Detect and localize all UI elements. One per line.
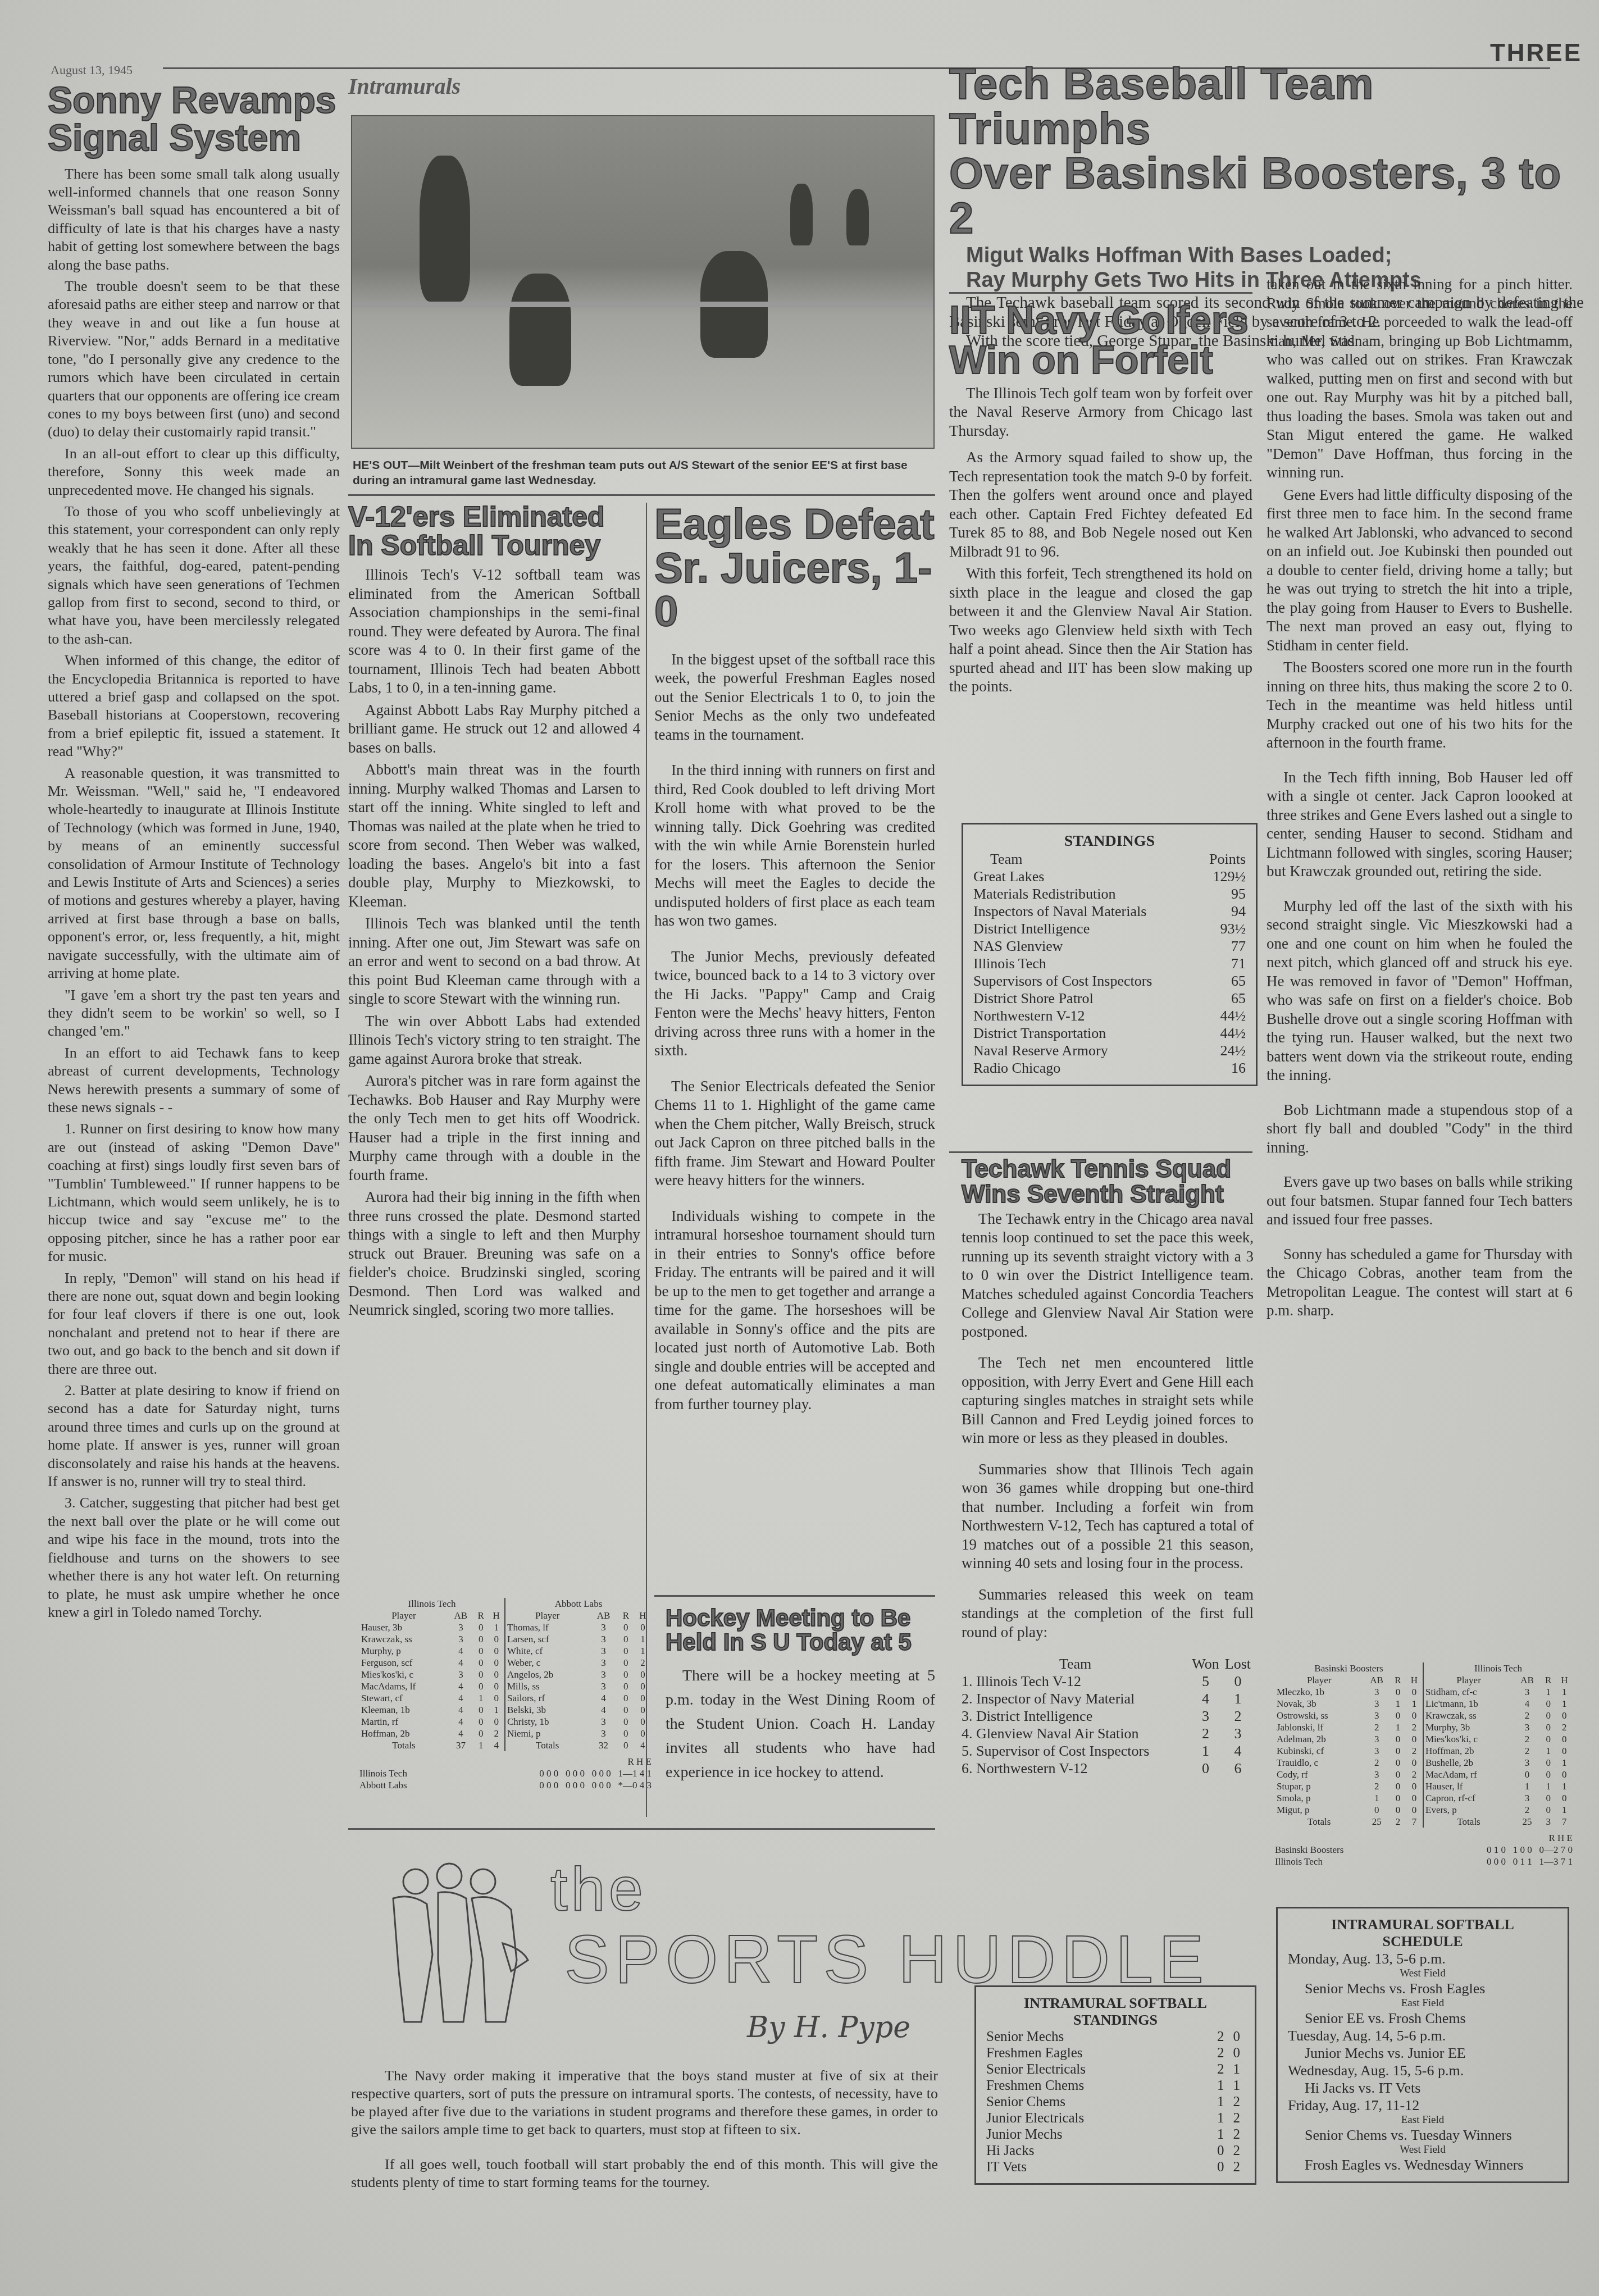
- paragraph: Evers gave up two bases on balls while s…: [1267, 1173, 1573, 1229]
- table-row: Senior Chems12: [986, 2094, 1245, 2110]
- paragraph: Bob Lichtmann made a stupendous stop of …: [1267, 1101, 1573, 1158]
- table-row: Niemi, p300: [505, 1728, 652, 1739]
- table-row: Inspectors of Naval Materials94: [973, 903, 1246, 920]
- basinski-batting: Basinski Boosters PlayerABRH Mleczko, 1b…: [1275, 1662, 1424, 1828]
- newspaper-page: August 13, 1945 THREE Sonny Revamps Sign…: [0, 0, 1599, 2296]
- table-row: 4. Glenview Naval Air Station23: [962, 1725, 1254, 1742]
- paragraph: Sonny has scheduled a game for Thursday …: [1267, 1245, 1573, 1320]
- table-row: Krawczak, ss300: [359, 1633, 505, 1645]
- schedule-list: Monday, Aug. 13, 5-6 p.m. West Field Sen…: [1288, 1950, 1557, 2174]
- paragraph: Against Abbott Labs Ray Murphy pitched a…: [348, 701, 640, 758]
- paragraph: Summaries show that Illinois Tech again …: [962, 1460, 1254, 1573]
- tennis-article: Techawk Tennis Squad Wins Seventh Straig…: [962, 1157, 1254, 1777]
- headline: Win on Forfeit: [949, 340, 1252, 380]
- totals-row: Totals3204: [505, 1739, 652, 1751]
- schedule-game: Hi Jacks vs. IT Vets: [1288, 2079, 1557, 2097]
- table-row: Supervisors of Cost Inspectors65: [973, 972, 1246, 990]
- paragraph: Gene Evers had little difficulty disposi…: [1267, 486, 1573, 655]
- paragraph: The Junior Mechs, previously defeated tw…: [654, 947, 935, 1060]
- totals-row: Totals3714: [359, 1739, 505, 1751]
- article-body: The Techawk entry in the Chicago area na…: [962, 1210, 1254, 1642]
- headline: IIT Navy Golfers: [949, 300, 1252, 340]
- table-row: Stidham, cf-c311: [1424, 1686, 1573, 1698]
- photo-caption: HE'S OUT—Milt Weinbert of the freshman t…: [353, 458, 931, 488]
- huddle-title-small: the: [550, 1853, 646, 1925]
- table-row: Junior Electricals12: [986, 2110, 1245, 2126]
- table-row: Mies'kos'ki, c200: [1424, 1733, 1573, 1745]
- table-row: 3. District Intelligence32: [962, 1707, 1254, 1725]
- softball-standings-table: Senior Mechs20 Freshmen Eagles20 Senior …: [986, 2029, 1245, 2175]
- table-row: Cody, rf302: [1275, 1769, 1423, 1780]
- table-row: Mies'kos'ki, c300: [359, 1669, 505, 1680]
- table-row: Jablonski, lf212: [1275, 1721, 1423, 1733]
- table-row: Mleczko, 1b300: [1275, 1686, 1423, 1698]
- headline: Held In S U Today at 5: [666, 1630, 935, 1655]
- table-row: 5. Supervisor of Cost Inspectors14: [962, 1742, 1254, 1760]
- table-row: Thomas, lf300: [505, 1621, 652, 1633]
- table-row: Senior Electricals21: [986, 2061, 1245, 2078]
- schedule-day: Wednesday, Aug. 15, 5-6 p.m.: [1288, 2062, 1557, 2079]
- illinois-tech-batting: Illinois Tech PlayerABRH Stidham, cf-c31…: [1424, 1662, 1573, 1828]
- eagles-article: Eagles Defeat Sr. Juicers, 1-0 In the bi…: [654, 503, 935, 1414]
- football-players-icon: [359, 1859, 545, 2028]
- table-row: MacAdam, rf000: [1424, 1769, 1573, 1780]
- headline: Over Basinski Boosters, 3 to 2: [949, 151, 1584, 240]
- box-title: INTRAMURAL SOFTBALL: [986, 1995, 1245, 2012]
- table-row: District Shore Patrol65: [973, 990, 1246, 1007]
- schedule-day: Monday, Aug. 13, 5-6 p.m.: [1288, 1950, 1557, 1967]
- schedule-game: Senior Chems vs. Tuesday Winners: [1288, 2126, 1557, 2144]
- table-row: Lic'tmann, 1b401: [1424, 1698, 1573, 1710]
- golf-standings-table: TeamPoints Great Lakes129½ Materials Red…: [973, 850, 1246, 1077]
- standings-title: STANDINGS: [973, 832, 1246, 850]
- paragraph: In the biggest upset of the softball rac…: [654, 650, 935, 745]
- tennis-standings-table: TeamWonLost 1. Illinois Tech V-1250 2. I…: [962, 1655, 1254, 1777]
- paragraph: In reply, "Demon" will stand on his head…: [48, 1269, 340, 1378]
- headline: Eagles Defeat: [654, 503, 935, 546]
- divider: [654, 1595, 935, 1597]
- paragraph: 1. Runner on first desiring to know how …: [48, 1120, 340, 1265]
- paragraph: There will be a hockey meeting at 5 p.m.…: [666, 1664, 935, 1784]
- table-row: IT Vets02: [986, 2159, 1245, 2175]
- paragraph: Aurora's pitcher was in rare form agains…: [348, 1072, 640, 1185]
- schedule-game: Frosh Eagles vs. Wednesday Winners: [1288, 2156, 1557, 2174]
- table-row: White, cf301: [505, 1645, 652, 1657]
- dateline: August 13, 1945: [51, 63, 133, 78]
- table-row: Martin, rf400: [359, 1716, 505, 1728]
- table-row: 6. Northwestern V-1206: [962, 1760, 1254, 1777]
- paragraph: 2. Batter at plate desiring to know if f…: [48, 1382, 340, 1491]
- table-row: Northwestern V-1244½: [973, 1007, 1246, 1024]
- table-row: Mills, ss300: [505, 1680, 652, 1692]
- table-row: Novak, 3b311: [1275, 1698, 1423, 1710]
- table-row: Migut, p000: [1275, 1804, 1423, 1816]
- paragraph: In the Tech fifth inning, Bob Hauser led…: [1267, 768, 1573, 881]
- article-body: There will be a hockey meeting at 5 p.m.…: [666, 1664, 935, 1784]
- basinski-box-score: Basinski Boosters PlayerABRH Mleczko, 1b…: [1275, 1662, 1573, 1867]
- paragraph: Murphy led off the last of the sixth wit…: [1267, 897, 1573, 1085]
- paragraph: Abbott's main threat was in the fourth i…: [348, 760, 640, 911]
- table-row: 1. Illinois Tech V-1250: [962, 1673, 1254, 1690]
- table-row: Evers, p201: [1424, 1804, 1573, 1816]
- paragraph: Summaries released this week on team sta…: [962, 1586, 1254, 1642]
- table-row: 2. Inspector of Navy Material41: [962, 1690, 1254, 1707]
- table-row: Stupar, p200: [1275, 1780, 1423, 1792]
- table-row: Hi Jacks02: [986, 2143, 1245, 2159]
- paragraph: The Senior Electricals defeated the Seni…: [654, 1077, 935, 1190]
- paragraph: Individuals wishing to compete in the in…: [654, 1207, 935, 1414]
- line-score: R H E Illinois Tech0 0 0 0 0 0 0 0 0 1—1…: [359, 1756, 652, 1791]
- divider: [348, 1828, 935, 1830]
- table-row: Kubinski, cf302: [1275, 1745, 1423, 1757]
- article-body: In the biggest upset of the softball rac…: [654, 650, 935, 1414]
- divider: [949, 1151, 1252, 1153]
- hockey-article: Hockey Meeting to Be Held In S U Today a…: [666, 1606, 935, 1784]
- headline: Sonny Revamps: [48, 81, 340, 119]
- headline: Sr. Juicers, 1-0: [654, 546, 935, 634]
- paragraph: 3. Catcher, suggesting that pitcher had …: [48, 1494, 340, 1621]
- table-row: MacAdams, lf400: [359, 1680, 505, 1692]
- table-row: Freshmen Chems11: [986, 2078, 1245, 2094]
- table-row: Junior Mechs12: [986, 2126, 1245, 2143]
- golf-article: IIT Navy Golfers Win on Forfeit The Illi…: [949, 300, 1252, 696]
- headline: Tech Baseball Team Triumphs: [949, 62, 1584, 151]
- table-row: Christy, 1b300: [505, 1716, 652, 1728]
- table-row: Capron, rf-cf300: [1424, 1792, 1573, 1804]
- table-row: Naval Reserve Armory24½: [973, 1042, 1246, 1059]
- table-row: Murphy, p400: [359, 1645, 505, 1657]
- line-score: R H E Basinski Boosters0 1 0 1 0 0 0—2 7…: [1275, 1832, 1573, 1867]
- table-row: Ferguson, scf400: [359, 1657, 505, 1669]
- table-row: Belski, 3b400: [505, 1704, 652, 1716]
- headline: Wins Seventh Straight: [962, 1182, 1254, 1208]
- table-row: Hauser, 3b301: [359, 1621, 505, 1633]
- article-body: There has been some small talk along usu…: [48, 165, 340, 1622]
- softball-standings-box: INTRAMURAL SOFTBALL STANDINGS Senior Mec…: [974, 1985, 1256, 2185]
- paragraph: The Navy order making it imperative that…: [351, 2067, 938, 2139]
- sonny-article: Sonny Revamps Signal System There has be…: [48, 81, 340, 1621]
- baseball-article: taken out in the sixth inning for a pinc…: [1267, 275, 1573, 1320]
- schedule-game: Senior Mechs vs. Frosh Eagles: [1288, 1980, 1557, 1997]
- byline: By H. Pype: [747, 2011, 910, 2044]
- table-row: District Intelligence93½: [973, 920, 1246, 937]
- softball-schedule-box: INTRAMURAL SOFTBALL SCHEDULE Monday, Aug…: [1276, 1907, 1569, 2183]
- table-row: Trauidlo, c200: [1275, 1757, 1423, 1769]
- table-row: Hauser, lf111: [1424, 1780, 1573, 1792]
- table-row: Stewart, cf410: [359, 1692, 505, 1704]
- table-row: Krawczak, ss200: [1424, 1710, 1573, 1721]
- golf-standings-box: STANDINGS TeamPoints Great Lakes129½ Mat…: [962, 823, 1258, 1086]
- schedule-day: Friday, Aug. 17, 11-12: [1288, 2097, 1557, 2114]
- paragraph: When informed of this change, the editor…: [48, 652, 340, 760]
- subheadline: Migut Walks Hoffman With Bases Loaded;: [966, 244, 1584, 268]
- headline: Techawk Tennis Squad: [962, 1157, 1254, 1182]
- table-row: Freshmen Eagles20: [986, 2045, 1245, 2061]
- paragraph: The Techawk entry in the Chicago area na…: [962, 1210, 1254, 1342]
- headline: Signal System: [48, 119, 340, 157]
- table-row: Sailors, rf400: [505, 1692, 652, 1704]
- table-row: Great Lakes129½: [973, 868, 1246, 885]
- table-row: Kleeman, 1b401: [359, 1704, 505, 1716]
- paragraph: In the third inning with runners on firs…: [654, 761, 935, 931]
- schedule-day: Tuesday, Aug. 14, 5-6 p.m.: [1288, 2027, 1557, 2044]
- paragraph: The Illinois Tech golf team won by forfe…: [949, 384, 1252, 441]
- paragraph: Illinois Tech's V-12 softball team was e…: [348, 566, 640, 698]
- headline: V-12'ers Eliminated: [348, 503, 640, 531]
- divider: [949, 292, 1252, 294]
- huddle-body: The Navy order making it imperative that…: [351, 2067, 938, 2192]
- article-body: The Illinois Tech golf team won by forfe…: [949, 384, 1252, 696]
- totals-row: Totals2527: [1275, 1816, 1423, 1828]
- table-row: Weber, c302: [505, 1657, 652, 1669]
- paragraph: To those of you who scoff unbelievingly …: [48, 503, 340, 648]
- table-row: Materials Redistribution95: [973, 885, 1246, 903]
- v12-article: V-12'ers Eliminated In Softball Tourney …: [348, 503, 640, 1320]
- table-row: Murphy, 3b302: [1424, 1721, 1573, 1733]
- table-row: Hoffman, 2b402: [359, 1728, 505, 1739]
- headline: Hockey Meeting to Be: [666, 1606, 935, 1630]
- column-rule: [646, 503, 647, 1817]
- divider: [348, 494, 935, 496]
- abbott-labs-batting: Abbott Labs PlayerABRH Thomas, lf300 Lar…: [505, 1598, 652, 1751]
- table-row: District Transportation44½: [973, 1024, 1246, 1042]
- table-row: Smola, p100: [1275, 1792, 1423, 1804]
- paragraph: Illinois Tech was blanked until the tent…: [348, 914, 640, 1009]
- illinois-tech-batting: Illinois Tech PlayerABRH Hauser, 3b301 K…: [359, 1598, 505, 1751]
- paragraph: There has been some small talk along usu…: [48, 165, 340, 274]
- paragraph: taken out in the sixth inning for a pinc…: [1267, 275, 1573, 482]
- article-body: taken out in the sixth inning for a pinc…: [1267, 275, 1573, 1320]
- huddle-illustration: [359, 1859, 545, 2028]
- section-label: Intramurals: [348, 73, 461, 99]
- box-title: SCHEDULE: [1288, 1933, 1557, 1950]
- box-title: STANDINGS: [986, 2012, 1245, 2029]
- table-row: Hoffman, 2b210: [1424, 1745, 1573, 1757]
- schedule-game: Junior Mechs vs. Junior EE: [1288, 2044, 1557, 2062]
- table-row: Bushelle, 2b301: [1424, 1757, 1573, 1769]
- headline: In Softball Tourney: [348, 531, 640, 560]
- paragraph: In an all-out effort to clear up this di…: [48, 445, 340, 499]
- paragraph: Aurora had their big inning in the fifth…: [348, 1188, 640, 1320]
- schedule-game: Senior EE vs. Frosh Chems: [1288, 2010, 1557, 2027]
- table-row: Adelman, 2b300: [1275, 1733, 1423, 1745]
- paragraph: "I gave 'em a short try the past ten yea…: [48, 986, 340, 1041]
- table-row: Radio Chicago16: [973, 1059, 1246, 1077]
- paragraph: The Boosters scored one more run in the …: [1267, 658, 1573, 753]
- intramural-game-photo: [351, 115, 935, 449]
- abbott-box-score: Illinois Tech PlayerABRH Hauser, 3b301 K…: [359, 1598, 652, 1791]
- paragraph: The Tech net men encountered little oppo…: [962, 1354, 1254, 1448]
- paragraph: As the Armory squad failed to show up, t…: [949, 448, 1252, 561]
- table-row: NAS Glenview77: [973, 937, 1246, 955]
- paragraph: The trouble doesn't seem to be that thes…: [48, 277, 340, 441]
- table-row: Larsen, scf301: [505, 1633, 652, 1645]
- paragraph: A reasonable question, it was transmitte…: [48, 764, 340, 983]
- paragraph: With this forfeit, Tech strengthened its…: [949, 564, 1252, 696]
- table-row: Illinois Tech71: [973, 955, 1246, 972]
- paragraph: In an effort to aid Techawk fans to keep…: [48, 1044, 340, 1117]
- box-title: INTRAMURAL SOFTBALL: [1288, 1916, 1557, 1933]
- paragraph: The win over Abbott Labs had extended Il…: [348, 1012, 640, 1069]
- totals-row: Totals2537: [1424, 1816, 1573, 1828]
- article-body: Illinois Tech's V-12 softball team was e…: [348, 566, 640, 1320]
- table-row: Angelos, 2b300: [505, 1669, 652, 1680]
- paragraph: If all goes well, touch football will st…: [351, 2156, 938, 2192]
- table-row: Ostrowski, ss300: [1275, 1710, 1423, 1721]
- table-row: Senior Mechs20: [986, 2029, 1245, 2045]
